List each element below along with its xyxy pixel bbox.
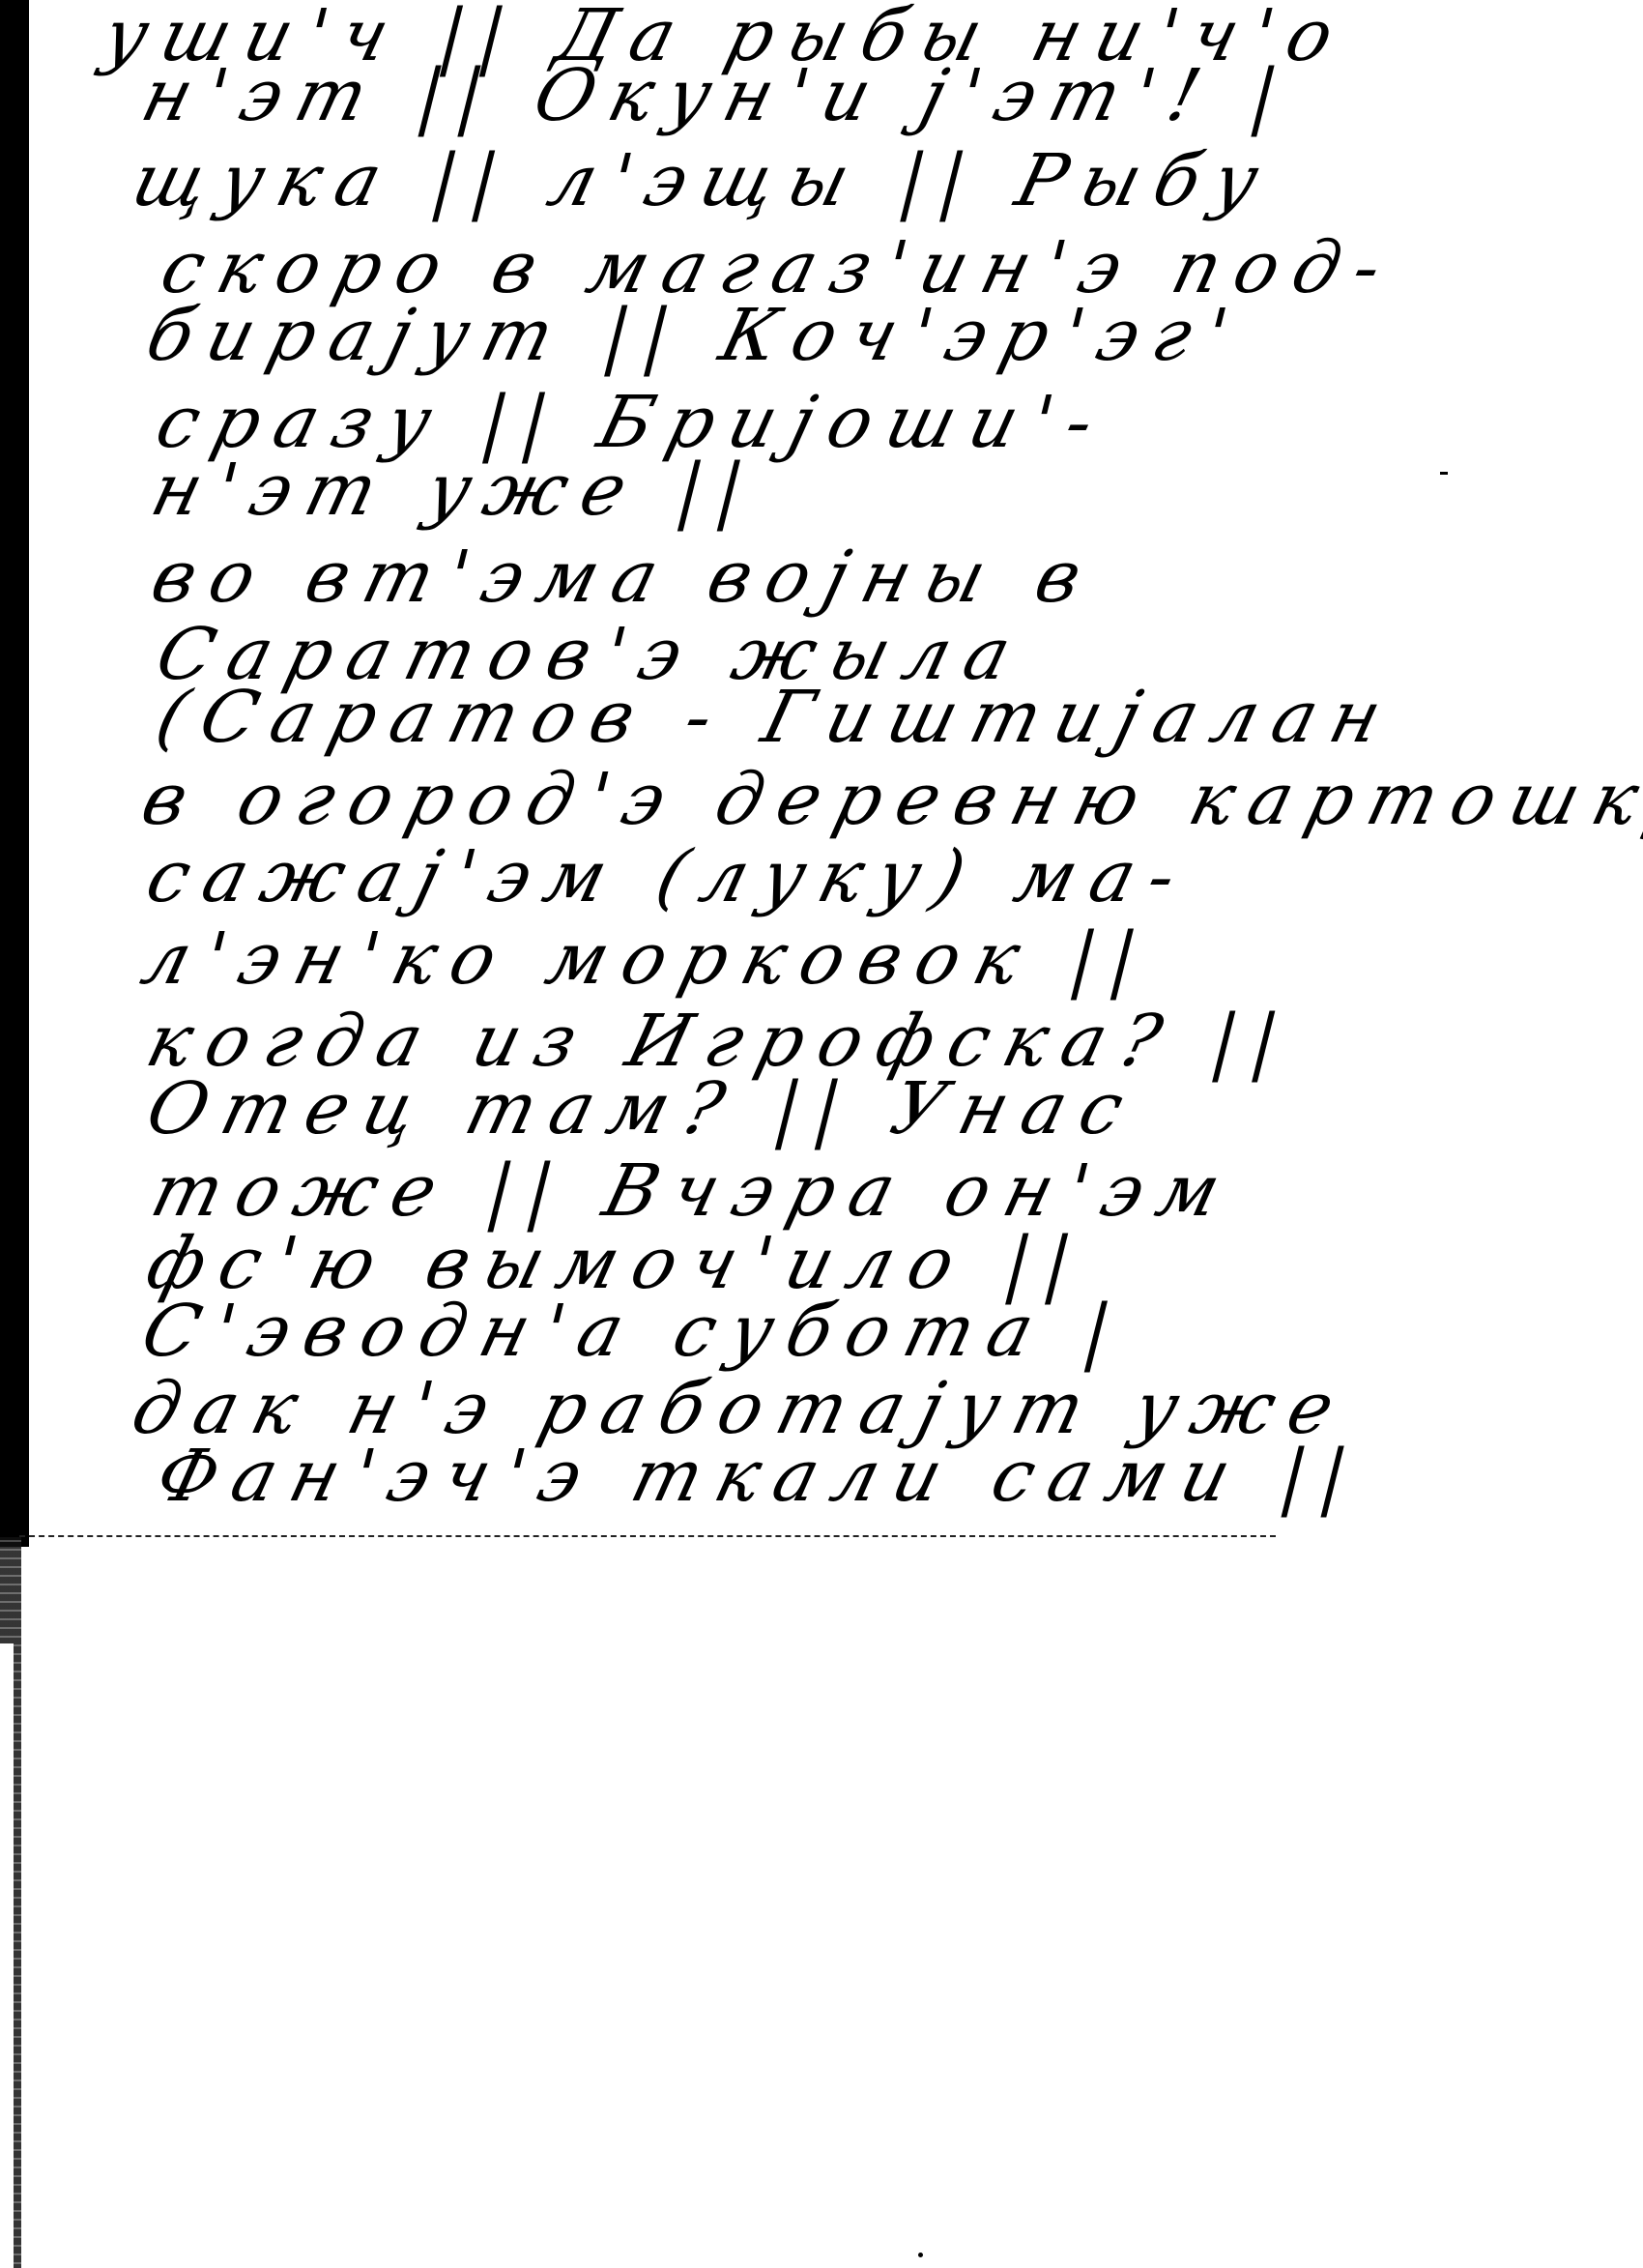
manuscript-page: уши'ч || Да рыбы ни'ч'о н'эт || Окун'и j… [58, 0, 1305, 1537]
manuscript-line-17: фс'ю вымоч'ило || [140, 1228, 1094, 1299]
scan-speck [1440, 472, 1448, 475]
manuscript-line-19: дак н'э работаjут уже [126, 1373, 1356, 1444]
manuscript-line-2: н'эт || Окун'и j'эт'! | [135, 60, 1301, 131]
manuscript-line-6: сразу || Бриjоши'- [150, 387, 1116, 458]
manuscript-line-15: Отец там? || Унас [140, 1073, 1145, 1145]
manuscript-line-4: скоро в магаз'ин'э под- [155, 232, 1403, 304]
manuscript-line-13: л'эн'ко морковок || [135, 923, 1160, 995]
manuscript-line-11: в огород'э деревню картошку [135, 764, 1643, 835]
manuscript-line-12: сажаj'эм (луку) ма- [140, 841, 1198, 913]
manuscript-line-20: Фан'эч'э ткали сами || [150, 1440, 1370, 1512]
scan-speck [918, 2253, 923, 2257]
manuscript-line-5: бираjут || Коч'эр'эг' [140, 300, 1250, 371]
scan-left-border [0, 0, 29, 1547]
manuscript-line-3: щука || л'эщы || Рыбу [126, 145, 1281, 217]
manuscript-line-8: во вт'эма воjны в [145, 541, 1104, 613]
scan-left-border-fade [0, 1643, 14, 2268]
manuscript-line-14: когда из Игрофска? || [140, 1005, 1301, 1077]
manuscript-line-7: н'эт уже || [145, 454, 766, 526]
manuscript-line-16: тоже || Вчэра он'эм [145, 1155, 1242, 1227]
manuscript-line-10: (Саратов - Гиштиjалан [150, 682, 1403, 753]
manuscript-line-18: С'эводн'а субота | [135, 1295, 1134, 1367]
